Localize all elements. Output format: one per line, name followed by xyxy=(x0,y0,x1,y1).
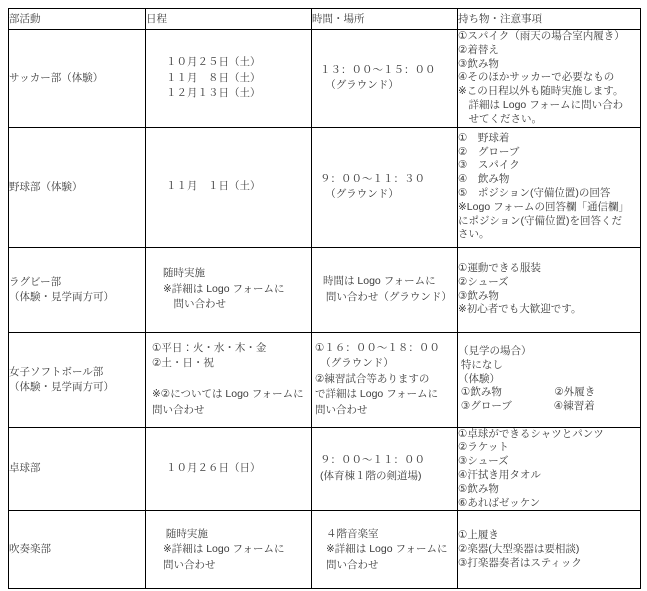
cell-line: ③ スパイク xyxy=(458,159,640,173)
cell-line: ※詳細は Logo フォームに xyxy=(163,542,311,558)
club-cell: ラグビー部（体験・見学両方可） xyxy=(9,247,146,332)
cell-line: ②シューズ xyxy=(458,276,640,290)
club-cell: 女子ソフトボール部（体験・見学両方可） xyxy=(9,332,146,427)
cell-line: ③打楽器奏者はスティック xyxy=(458,557,640,571)
cell-line: １２月１３日（土） xyxy=(166,86,311,102)
cell-line: 野球部（体験） xyxy=(9,180,145,195)
cell-line: ①卓球ができるシャツとパンツ xyxy=(458,428,640,442)
cell-line: 随時実施 xyxy=(163,527,311,543)
table-row: 吹奏楽部 随時実施※詳細は Logo フォームに問い合わせ４階音楽室※詳細は L… xyxy=(9,511,641,589)
schedule-cell: １１月 １日（土） xyxy=(146,127,312,247)
cell-line: ※初心者でも大歓迎です。 xyxy=(458,303,640,317)
cell-line: ９：００～１１：００ xyxy=(320,453,457,469)
cell-line: ①１６：００～１８：００ xyxy=(315,341,457,357)
cell-line: （体験・見学両方可） xyxy=(9,290,145,305)
table-row: 野球部（体験）１１月 １日（土）９：００～１１：３０ （グラウンド）① 野球着②… xyxy=(9,127,641,247)
cell-line: （体験・見学両方可） xyxy=(9,380,145,395)
cell-line: ②ラケット xyxy=(458,441,640,455)
cell-line: ③飲み物 xyxy=(458,290,640,304)
cell-line: ②着替え xyxy=(458,44,640,58)
cell-line: ※詳細は Logo フォームに xyxy=(163,282,311,298)
notes-cell: ①上履き②楽器(大型楽器は要相談)③打楽器奏者はスティック xyxy=(458,511,641,589)
cell-line: 問い合わせ（グラウンド） xyxy=(323,290,457,306)
cell-line: 問い合わせ xyxy=(326,558,457,574)
cell-line: 問い合わせ xyxy=(163,558,311,574)
schedule-cell: 随時実施※詳細は Logo フォームに 問い合わせ xyxy=(146,247,312,332)
table-row: 女子ソフトボール部（体験・見学両方可）①平日：火・水・木・金②土・日・祝 ※②に… xyxy=(9,332,641,427)
cell-line: ②練習試合等ありますの xyxy=(315,372,457,388)
cell-line: 問い合わせ xyxy=(152,403,311,419)
schedule-cell: １０月２６日（日） xyxy=(146,427,312,511)
cell-line: ③飲み物 xyxy=(458,58,640,72)
cell-line: 吹奏楽部 xyxy=(9,542,145,557)
notes-cell: ①運動できる服装②シューズ③飲み物※初心者でも大歓迎です。 xyxy=(458,247,641,332)
cell-line: せてください。 xyxy=(458,113,640,127)
cell-line: 卓球部 xyxy=(9,461,145,476)
header-schedule: 日程 xyxy=(146,9,312,30)
cell-line: ①スパイク（雨天の場合室内履き） xyxy=(458,30,640,44)
notes-cell: ①卓球ができるシャツとパンツ②ラケット③シューズ④汗拭き用タオル⑤飲み物⑥あれば… xyxy=(458,427,641,511)
cell-line: ③シューズ xyxy=(458,455,640,469)
cell-line: ③グローブ ④練習着 xyxy=(458,400,640,414)
header-notes: 持ち物・注意事項 xyxy=(458,9,641,30)
cell-line: １３：００～１５：００ xyxy=(320,63,457,79)
cell-line: ⑥あればゼッケン xyxy=(458,497,640,511)
notes-cell: ①スパイク（雨天の場合室内履き）②着替え③飲み物④そのほかサッカーで必要なもの※… xyxy=(458,30,641,128)
cell-line: ①飲み物 ②外履き xyxy=(458,386,640,400)
cell-line: にポジション(守備位置)を回答くだ xyxy=(458,215,640,229)
time-place-cell: １３：００～１５：００ （グラウンド） xyxy=(312,30,458,128)
cell-line: ① 野球着 xyxy=(458,132,640,146)
time-place-cell: ①１６：００～１８：００ （グラウンド）②練習試合等ありますので詳細は Logo… xyxy=(312,332,458,427)
cell-line: ②土・日・祝 xyxy=(152,356,311,372)
cell-line: ※詳細は Logo フォームに xyxy=(326,542,457,558)
schedule-cell: 随時実施※詳細は Logo フォームに問い合わせ xyxy=(146,511,312,589)
time-place-cell: ９：００～１１：００(体育棟１階の剣道場) xyxy=(312,427,458,511)
cell-line: 詳細は Logo フォームに問い合わ xyxy=(458,99,640,113)
cell-line: ※②については Logo フォームに xyxy=(152,387,311,403)
document-page: 部活動 日程 時間・場所 持ち物・注意事項 サッカー部（体験）１０月２５日（土）… xyxy=(0,0,647,591)
cell-line: ラグビー部 xyxy=(9,275,145,290)
cell-line: サッカー部（体験） xyxy=(9,71,145,86)
cell-line: 問い合わせ xyxy=(163,297,311,313)
schedule-cell: １０月２５日（土）１１月 ８日（土）１２月１３日（土） xyxy=(146,30,312,128)
table-body: サッカー部（体験）１０月２５日（土）１１月 ８日（土）１２月１３日（土）１３：０… xyxy=(9,30,641,589)
club-cell: サッカー部（体験） xyxy=(9,30,146,128)
cell-line: ④汗拭き用タオル xyxy=(458,469,640,483)
time-place-cell: ４階音楽室※詳細は Logo フォームに問い合わせ xyxy=(312,511,458,589)
club-cell: 野球部（体験） xyxy=(9,127,146,247)
club-activity-table: 部活動 日程 時間・場所 持ち物・注意事項 サッカー部（体験）１０月２５日（土）… xyxy=(8,8,641,589)
cell-line: １１月 １日（土） xyxy=(166,179,311,195)
cell-line: 時間は Logo フォームに xyxy=(323,274,457,290)
table-row: ラグビー部（体験・見学両方可）随時実施※詳細は Logo フォームに 問い合わせ… xyxy=(9,247,641,332)
cell-line: (体育棟１階の剣道場) xyxy=(320,469,457,485)
cell-line xyxy=(152,372,311,388)
cell-line: で詳細は Logo フォームに xyxy=(315,387,457,403)
club-cell: 卓球部 xyxy=(9,427,146,511)
cell-line: １１月 ８日（土） xyxy=(166,71,311,87)
cell-line: 問い合わせ xyxy=(315,403,457,419)
cell-line: ４階音楽室 xyxy=(326,527,457,543)
cell-line: （見学の場合） xyxy=(458,345,640,359)
cell-line: （グラウンド） xyxy=(315,356,457,372)
cell-line: 女子ソフトボール部 xyxy=(9,365,145,380)
cell-line: さい。 xyxy=(458,228,640,242)
cell-line: １０月２６日（日） xyxy=(166,461,311,477)
header-row: 部活動 日程 時間・場所 持ち物・注意事項 xyxy=(9,9,641,30)
time-place-cell: ９：００～１１：３０ （グラウンド） xyxy=(312,127,458,247)
notes-cell: ① 野球着② グローブ③ スパイク④ 飲み物⑤ ポジション(守備位置)の回答※L… xyxy=(458,127,641,247)
cell-line: ② グローブ xyxy=(458,146,640,160)
cell-line: ④ 飲み物 xyxy=(458,173,640,187)
cell-line: ①運動できる服装 xyxy=(458,262,640,276)
cell-line: ⑤ ポジション(守備位置)の回答 xyxy=(458,187,640,201)
cell-line: 随時実施 xyxy=(163,266,311,282)
cell-line: （体験） xyxy=(458,373,640,387)
cell-line: ①平日：火・水・木・金 xyxy=(152,341,311,357)
cell-line: ９：００～１１：３０ xyxy=(320,172,457,188)
cell-line: ⑤飲み物 xyxy=(458,483,640,497)
notes-cell: （見学の場合） 特になし（体験） ①飲み物 ②外履き ③グローブ ④練習着 xyxy=(458,332,641,427)
club-cell: 吹奏楽部 xyxy=(9,511,146,589)
cell-line: ※この日程以外も随時実施します。 xyxy=(458,85,640,99)
schedule-cell: ①平日：火・水・木・金②土・日・祝 ※②については Logo フォームに問い合わ… xyxy=(146,332,312,427)
cell-line: ※Logo フォームの回答欄「通信欄」 xyxy=(458,201,640,215)
cell-line: ④そのほかサッカーで必要なもの xyxy=(458,71,640,85)
header-time-place: 時間・場所 xyxy=(312,9,458,30)
cell-line: ①上履き xyxy=(458,529,640,543)
time-place-cell: 時間は Logo フォームに 問い合わせ（グラウンド） xyxy=(312,247,458,332)
table-row: 卓球部１０月２６日（日）９：００～１１：００(体育棟１階の剣道場)①卓球ができる… xyxy=(9,427,641,511)
header-club: 部活動 xyxy=(9,9,146,30)
cell-line: １０月２５日（土） xyxy=(166,55,311,71)
cell-line: ②楽器(大型楽器は要相談) xyxy=(458,543,640,557)
cell-line: （グラウンド） xyxy=(320,187,457,203)
table-row: サッカー部（体験）１０月２５日（土）１１月 ８日（土）１２月１３日（土）１３：０… xyxy=(9,30,641,128)
cell-line: （グラウンド） xyxy=(320,78,457,94)
cell-line: 特になし xyxy=(458,359,640,373)
table-header: 部活動 日程 時間・場所 持ち物・注意事項 xyxy=(9,9,641,30)
